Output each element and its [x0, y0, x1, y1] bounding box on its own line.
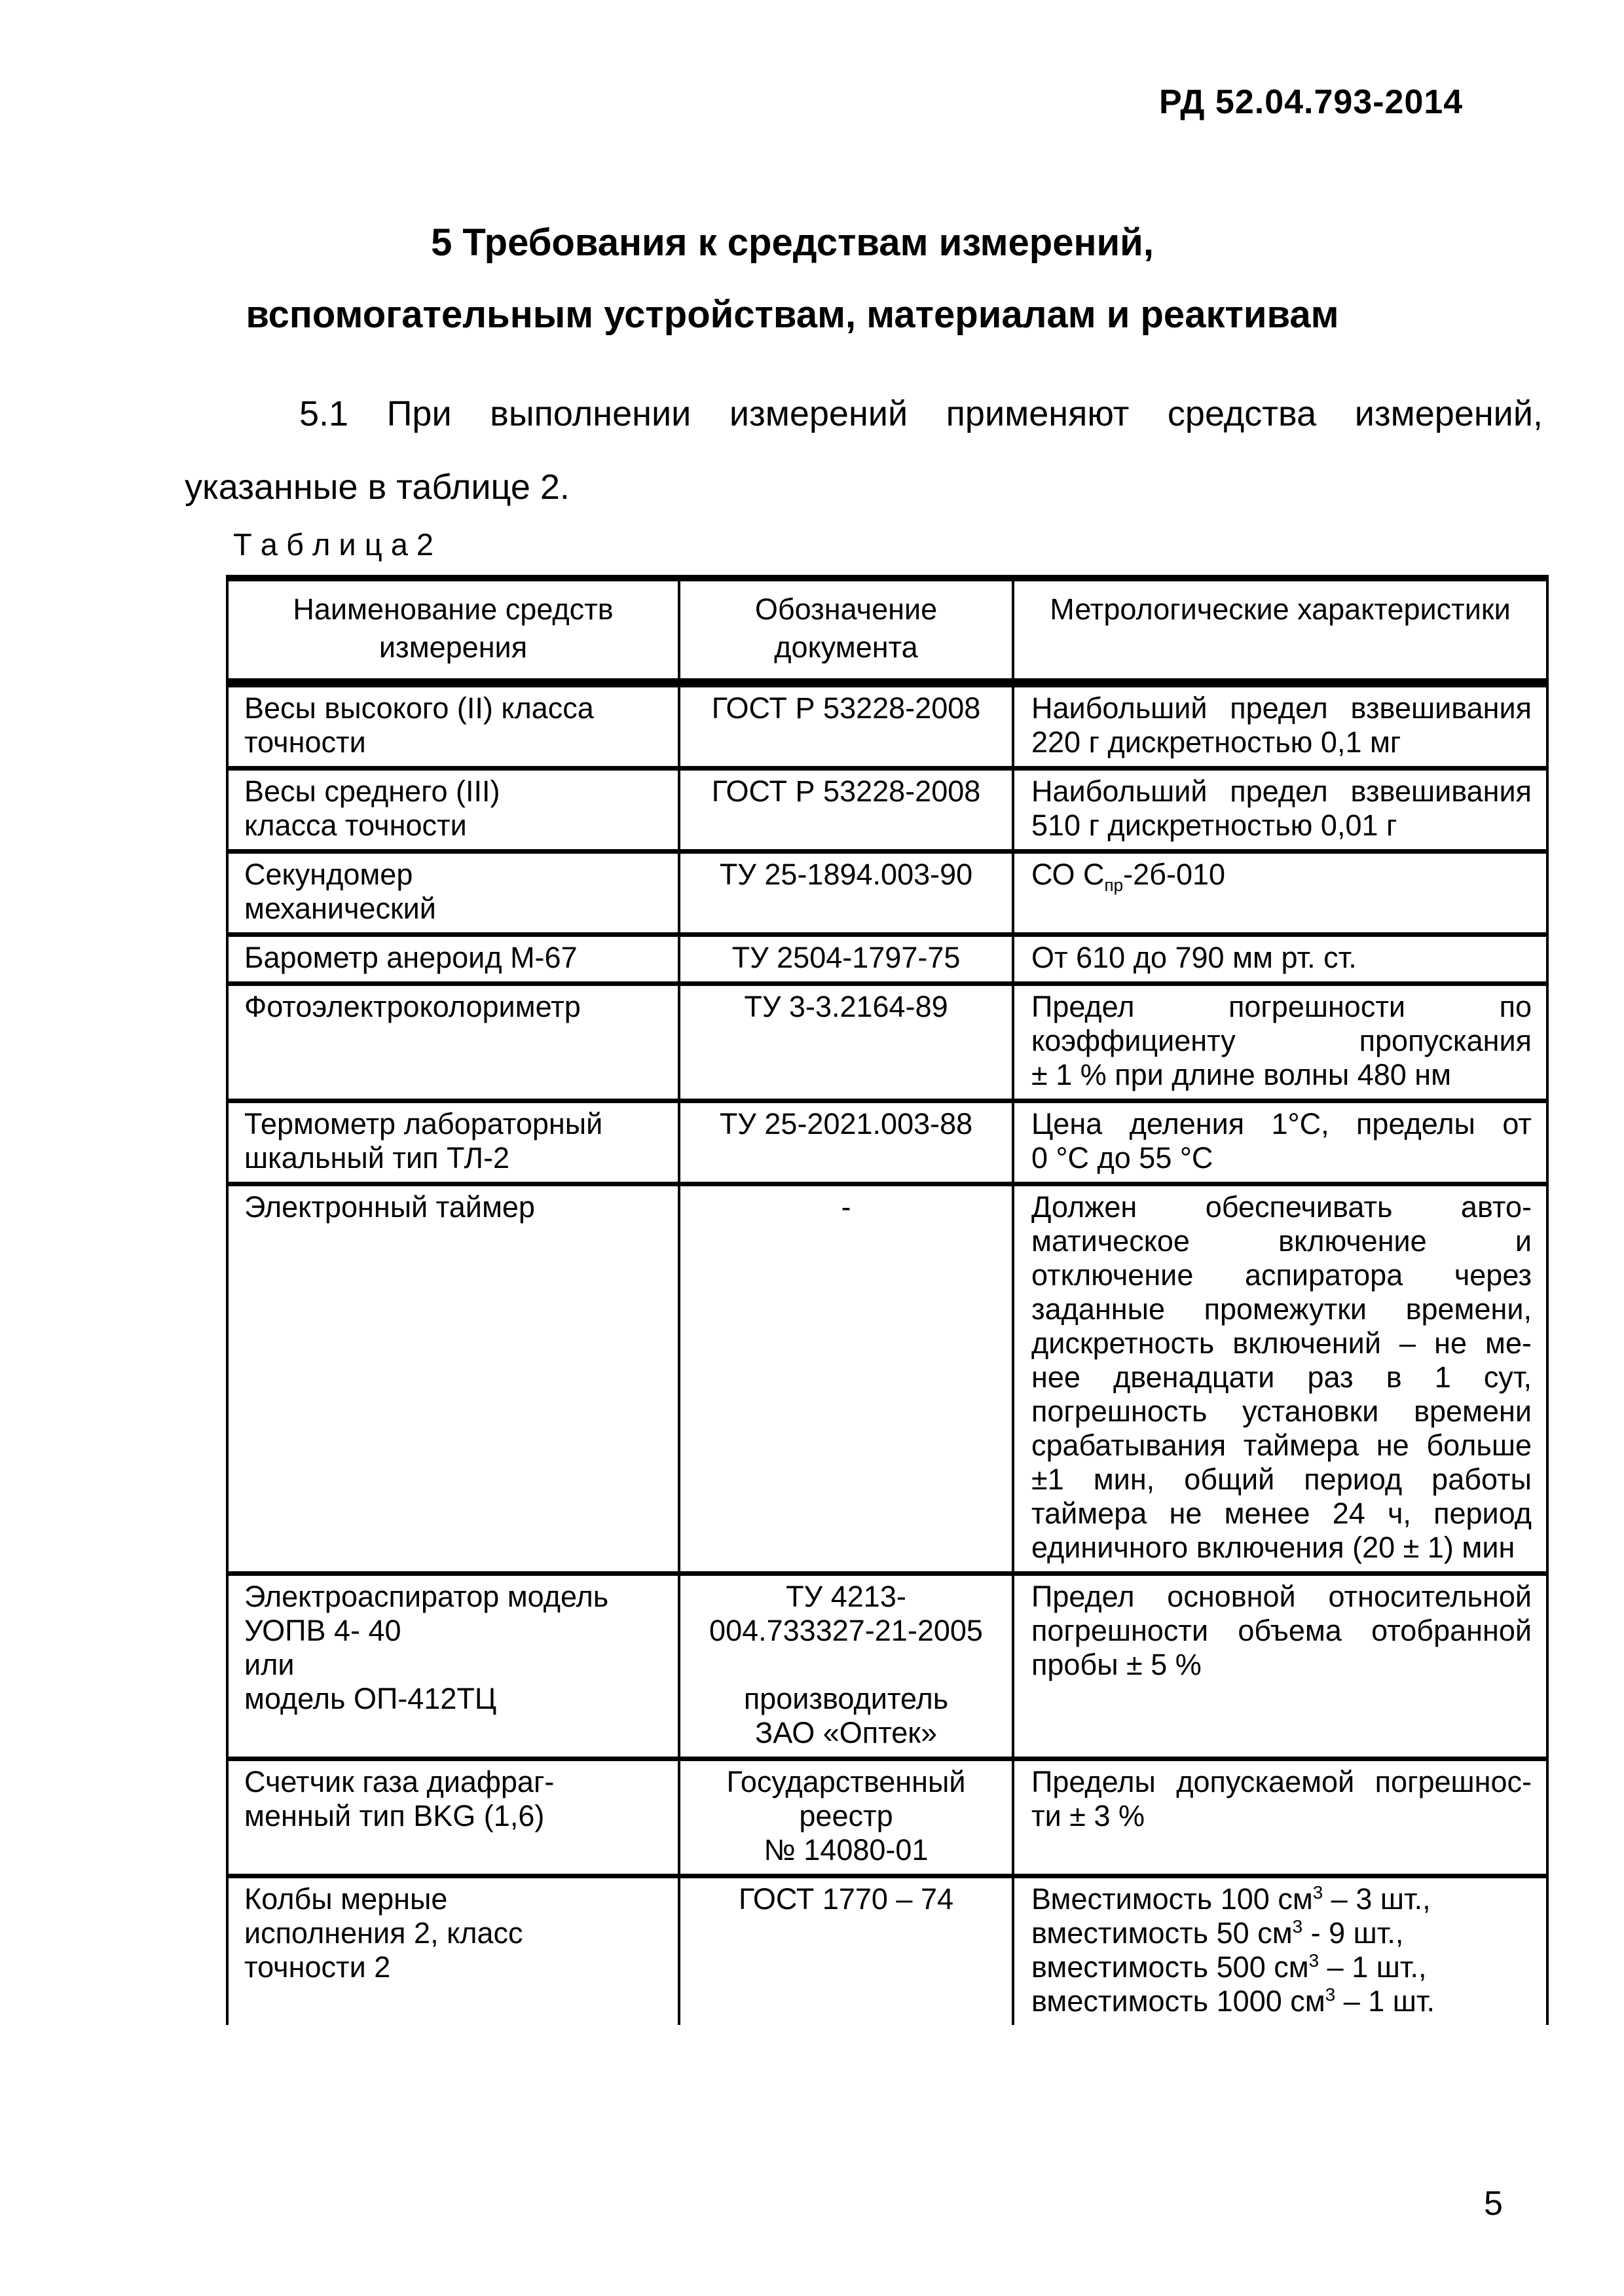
table-cell-line: [691, 1648, 1001, 1682]
table-row: Электроаспиратор модельУОПВ 4- 40илимоде…: [227, 1574, 1547, 1759]
table-cell-line: № 14080-01: [691, 1833, 1001, 1867]
table-cell-line: ±1 мин, общий период работы: [1031, 1463, 1532, 1497]
table-cell-doc: ТУ 25-2021.003-88: [679, 1101, 1013, 1184]
table-cell-name: Термометр лабораторныйшкальный тип ТЛ-2: [227, 1101, 679, 1184]
table-cell-line: менный тип BKG (1,6): [244, 1799, 667, 1833]
table-cell-line: ти ± 3 %: [1031, 1799, 1532, 1833]
table-cell-line: ± 1 % при длине волны 480 нм: [1031, 1058, 1532, 1092]
table-row: Термометр лабораторныйшкальный тип ТЛ-2Т…: [227, 1101, 1547, 1184]
table-cell-line: ЗАО «Оптек»: [691, 1716, 1001, 1750]
table-cell-name: Фотоэлектроколориметр: [227, 984, 679, 1101]
measurement-table: Наименование средств измерения Обозначен…: [226, 575, 1549, 2025]
column-header-chars-line2: [1021, 629, 1540, 666]
table-cell-line: ГОСТ Р 53228-2008: [691, 774, 1001, 809]
section-title: 5 Требования к средствам измерений, вспо…: [92, 207, 1493, 351]
table-cell-name: Весы высокого (II) классаточности: [227, 683, 679, 769]
table-cell-chars: Вместимость 100 см3 – 3 шт.,вместимость …: [1013, 1876, 1547, 2026]
table-row: Весы высокого (II) классаточностиГОСТ Р …: [227, 683, 1547, 769]
table-cell-line: единичного включения (20 ± 1) мин: [1031, 1531, 1532, 1565]
table-cell-line: 220 г дискретностью 0,1 мг: [1031, 725, 1532, 759]
column-header-chars-line1: Метрологические характеристики: [1021, 591, 1540, 629]
table-cell-line: 004.733327-21-2005: [691, 1614, 1001, 1648]
table-cell-name: Электронный таймер: [227, 1184, 679, 1574]
table-cell-line: отключение аспиратора через: [1031, 1258, 1532, 1292]
table-cell-line: пробы ± 5 %: [1031, 1648, 1532, 1682]
table-cell-name: Секундомермеханический: [227, 852, 679, 935]
table-cell-line: модель ОП-412ТЦ: [244, 1682, 667, 1716]
table-cell-line: ТУ 3-3.2164-89: [691, 990, 1001, 1024]
table-cell-doc: ТУ 4213-004.733327-21-2005 производитель…: [679, 1574, 1013, 1759]
table-cell-line: механический: [244, 892, 667, 926]
column-header-chars: Метрологические характеристики: [1013, 578, 1547, 683]
column-header-doc-line2: документа: [687, 629, 1005, 666]
table-cell-line: коэффициенту пропускания: [1031, 1024, 1532, 1058]
table-label: Т а б л и ц а 2: [233, 526, 434, 562]
table-cell-line: Фотоэлектроколориметр: [244, 990, 667, 1024]
table-body: Весы высокого (II) классаточностиГОСТ Р …: [227, 683, 1547, 2025]
table-cell-doc: ТУ 25-1894.003-90: [679, 852, 1013, 935]
table-cell-chars: Наибольший предел взвешивания220 г дискр…: [1013, 683, 1547, 769]
table-row: Весы среднего (III)класса точностиГОСТ Р…: [227, 769, 1547, 852]
column-header-name-line2: измерения: [235, 629, 671, 666]
table-cell-line: Должен обеспечивать авто-: [1031, 1190, 1532, 1224]
table-cell-doc: ГОСТ 1770 – 74: [679, 1876, 1013, 2026]
table-cell-line: ТУ 2504-1797-75: [691, 941, 1001, 975]
paragraph-5-1: 5.1 При выполнении измерений применяют с…: [185, 377, 1543, 524]
table-cell-line: производитель: [691, 1682, 1001, 1716]
table-cell-line: Наибольший предел взвешивания: [1031, 774, 1532, 809]
table-cell-line: Счетчик газа диафраг-: [244, 1765, 667, 1799]
table-cell-line: ТУ 25-2021.003-88: [691, 1107, 1001, 1141]
table-cell-doc: ГОСТ Р 53228-2008: [679, 769, 1013, 852]
table-cell-line: матическое включение и: [1031, 1224, 1532, 1258]
table-cell-chars: Предел основной относительнойпогрешности…: [1013, 1574, 1547, 1759]
table-cell-line: УОПВ 4- 40: [244, 1614, 667, 1648]
table-cell-line: погрешности объема отобранной: [1031, 1614, 1532, 1648]
table-row: Барометр анероид М-67ТУ 2504-1797-75От 6…: [227, 935, 1547, 984]
table-cell-line: Весы среднего (III): [244, 774, 667, 809]
section-title-line2: вспомогательным устройствам, материалам …: [92, 279, 1493, 351]
paragraph-line-2: указанные в таблице 2.: [185, 450, 1543, 524]
table-cell-line: Электронный таймер: [244, 1190, 667, 1224]
table-cell-name: Весы среднего (III)класса точности: [227, 769, 679, 852]
table-cell-doc: Государственныйреестр№ 14080-01: [679, 1759, 1013, 1876]
table-cell-line: реестр: [691, 1799, 1001, 1833]
table-cell-chars: Предел погрешности покоэффициенту пропус…: [1013, 984, 1547, 1101]
table-cell-name: Колбы мерныеисполнения 2, классточности …: [227, 1876, 679, 2026]
table-cell-line: вместимость 1000 см3 – 1 шт.: [1031, 1984, 1532, 2018]
table-cell-line: точности: [244, 725, 667, 759]
table-cell-line: Барометр анероид М-67: [244, 941, 667, 975]
table-cell-name: Электроаспиратор модельУОПВ 4- 40илимоде…: [227, 1574, 679, 1759]
table-cell-line: шкальный тип ТЛ-2: [244, 1141, 667, 1175]
page-number: 5: [1484, 2184, 1503, 2223]
table-cell-line: срабатывания таймера не больше: [1031, 1429, 1532, 1463]
table-cell-line: таймера не менее 24 ч, период: [1031, 1497, 1532, 1531]
table-row: Колбы мерныеисполнения 2, классточности …: [227, 1876, 1547, 2026]
table-cell-chars: От 610 до 790 мм рт. ст.: [1013, 935, 1547, 984]
column-header-doc-line1: Обозначение: [687, 591, 1005, 629]
table-cell-line: погрешность установки времени: [1031, 1394, 1532, 1429]
table-cell-line: От 610 до 790 мм рт. ст.: [1031, 941, 1532, 975]
table-header: Наименование средств измерения Обозначен…: [227, 578, 1547, 683]
table-cell-line: ГОСТ Р 53228-2008: [691, 691, 1001, 725]
table-cell-line: Цена деления 1°С, пределы от: [1031, 1107, 1532, 1141]
table-cell-line: -: [691, 1190, 1001, 1224]
table-cell-chars: Цена деления 1°С, пределы от0 °С до 55 °…: [1013, 1101, 1547, 1184]
column-header-name-line1: Наименование средств: [235, 591, 671, 629]
table-cell-line: Колбы мерные: [244, 1882, 667, 1916]
paragraph-line-1: 5.1 При выполнении измерений применяют с…: [185, 377, 1543, 450]
table-cell-line: Предел погрешности по: [1031, 990, 1532, 1024]
table-cell-line: Электроаспиратор модель: [244, 1580, 667, 1614]
table-cell-chars: СО Спр-2б-010: [1013, 852, 1547, 935]
table-cell-line: нее двенадцати раз в 1 сут,: [1031, 1360, 1532, 1394]
table-cell-name: Барометр анероид М-67: [227, 935, 679, 984]
table-cell-line: вместимость 50 см3 - 9 шт.,: [1031, 1916, 1532, 1950]
column-header-doc: Обозначение документа: [679, 578, 1013, 683]
table-cell-chars: Наибольший предел взвешивания510 г дискр…: [1013, 769, 1547, 852]
table-cell-line: 0 °С до 55 °С: [1031, 1141, 1532, 1175]
document-number: РД 52.04.793-2014: [1159, 82, 1463, 122]
table-cell-line: Термометр лабораторный: [244, 1107, 667, 1141]
table-cell-doc: ГОСТ Р 53228-2008: [679, 683, 1013, 769]
table-cell-line: Секундомер: [244, 858, 667, 892]
table-cell-doc: -: [679, 1184, 1013, 1574]
table-cell-line: Государственный: [691, 1765, 1001, 1799]
table-cell-line: Наибольший предел взвешивания: [1031, 691, 1532, 725]
table-cell-chars: Пределы допускаемой погрешнос-ти ± 3 %: [1013, 1759, 1547, 1876]
table-cell-line: дискретность включений – не ме-: [1031, 1326, 1532, 1360]
section-title-line1: 5 Требования к средствам измерений,: [92, 207, 1493, 279]
table-cell-line: точности 2: [244, 1950, 667, 1984]
table-cell-line: Предел основной относительной: [1031, 1580, 1532, 1614]
table-cell-line: Пределы допускаемой погрешнос-: [1031, 1765, 1532, 1799]
column-header-name: Наименование средств измерения: [227, 578, 679, 683]
table-row: ФотоэлектроколориметрТУ 3-3.2164-89Преде…: [227, 984, 1547, 1101]
table-cell-line: ТУ 25-1894.003-90: [691, 858, 1001, 892]
table-cell-line: ГОСТ 1770 – 74: [691, 1882, 1001, 1916]
table-cell-doc: ТУ 3-3.2164-89: [679, 984, 1013, 1101]
table-cell-line: исполнения 2, класс: [244, 1916, 667, 1950]
document-page: РД 52.04.793-2014 5 Требования к средств…: [0, 0, 1624, 2296]
table-header-row: Наименование средств измерения Обозначен…: [227, 578, 1547, 683]
table-cell-line: Вместимость 100 см3 – 3 шт.,: [1031, 1882, 1532, 1916]
table-cell-line: СО Спр-2б-010: [1031, 858, 1532, 892]
table-cell-line: или: [244, 1648, 667, 1682]
table-cell-line: заданные промежутки времени,: [1031, 1292, 1532, 1326]
table-cell-name: Счетчик газа диафраг-менный тип BKG (1,6…: [227, 1759, 679, 1876]
table-row: Электронный таймер-Должен обеспечивать а…: [227, 1184, 1547, 1574]
table-cell-doc: ТУ 2504-1797-75: [679, 935, 1013, 984]
table-cell-line: Весы высокого (II) класса: [244, 691, 667, 725]
table-cell-line: класса точности: [244, 809, 667, 843]
table-cell-line: ТУ 4213-: [691, 1580, 1001, 1614]
table-cell-line: 510 г дискретностью 0,01 г: [1031, 809, 1532, 843]
table-row: Счетчик газа диафраг-менный тип BKG (1,6…: [227, 1759, 1547, 1876]
table-row: СекундомермеханическийТУ 25-1894.003-90С…: [227, 852, 1547, 935]
table-cell-chars: Должен обеспечивать авто-матическое вклю…: [1013, 1184, 1547, 1574]
table-cell-line: вместимость 500 см3 – 1 шт.,: [1031, 1950, 1532, 1984]
